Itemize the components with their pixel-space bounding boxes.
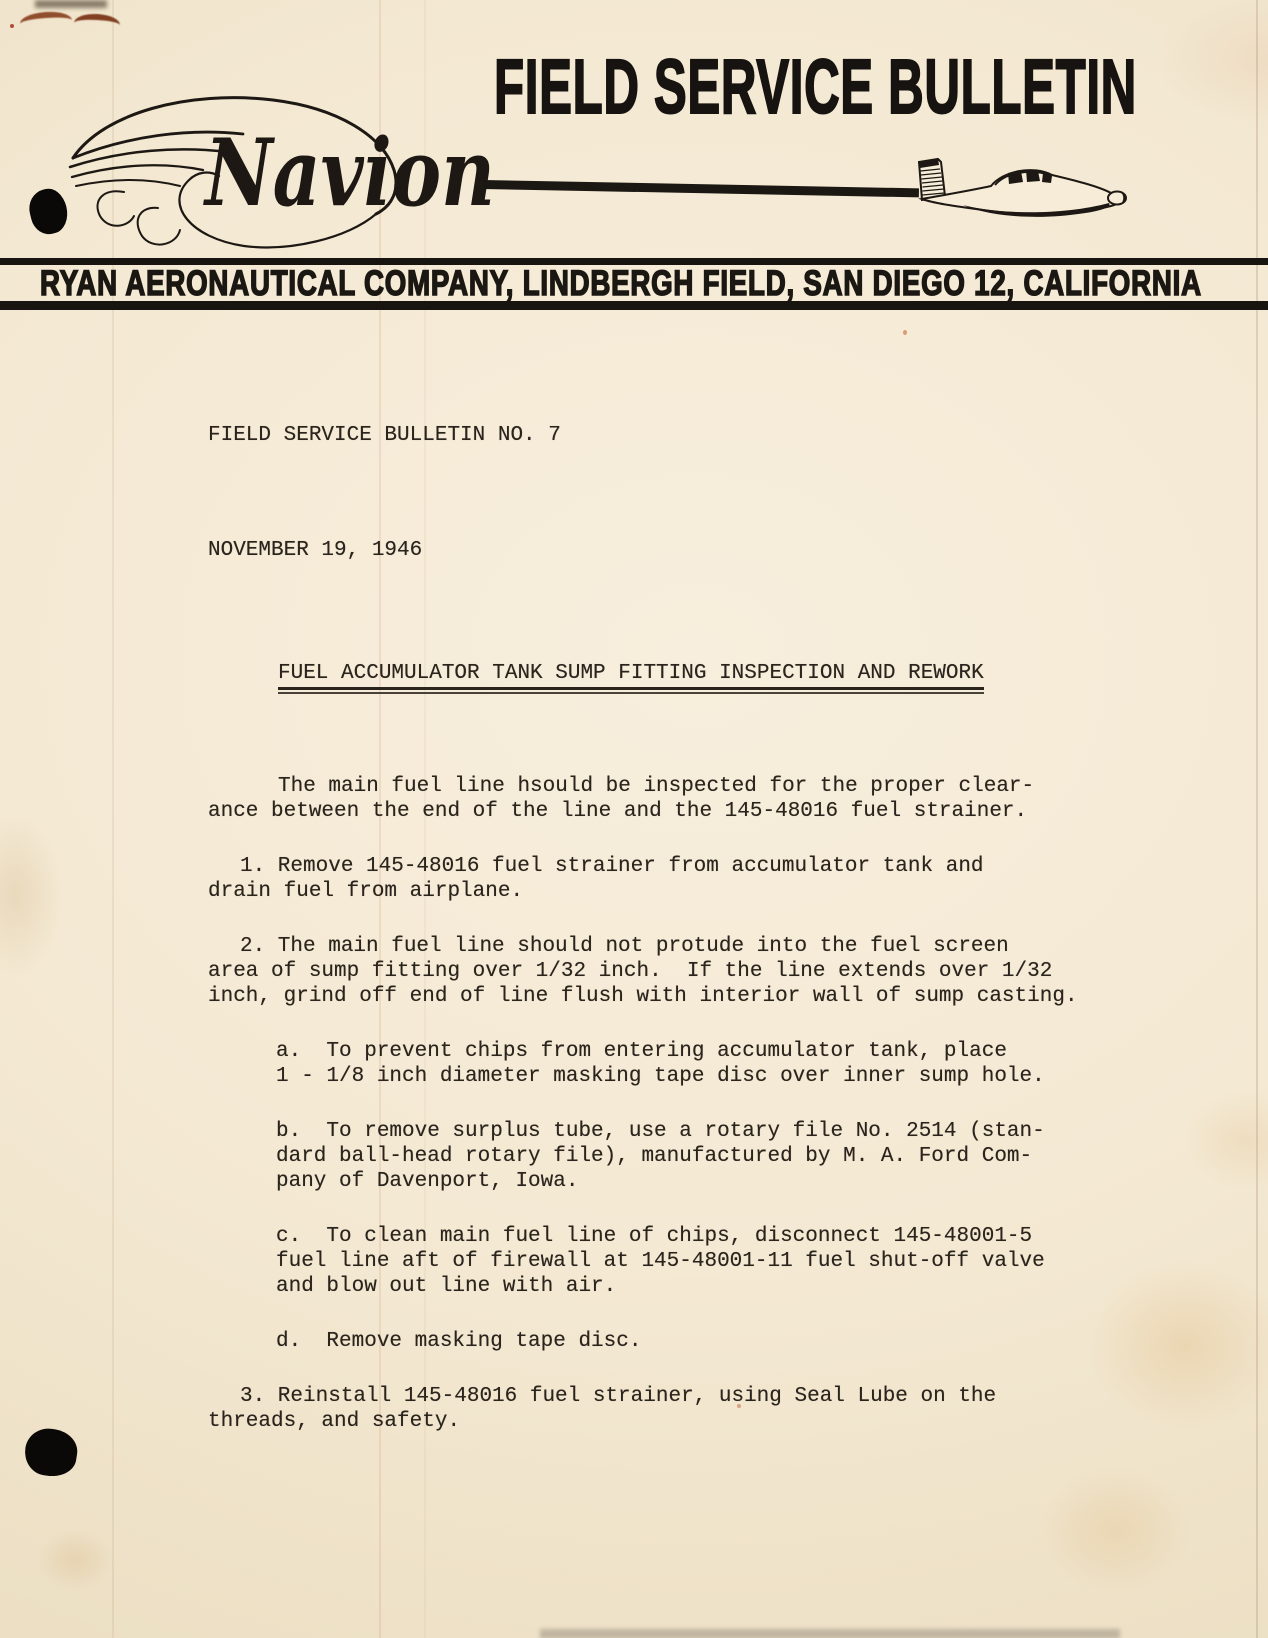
bulletin-date: NOVEMBER 19, 1946 bbox=[208, 538, 1218, 563]
navion-wing-logo-icon: Navion bbox=[28, 88, 498, 263]
navion-script: Navion bbox=[203, 118, 495, 227]
text-line: fuel line aft of firewall at 145-48001-1… bbox=[208, 1249, 1218, 1274]
text-line: b. To remove surplus tube, use a rotary … bbox=[208, 1119, 1218, 1144]
ink-speck bbox=[903, 330, 907, 335]
text-line: 1. Remove 145-48016 fuel strainer from a… bbox=[208, 854, 1218, 879]
document-body: FIELD SERVICE BULLETIN NO. 7 NOVEMBER 19… bbox=[208, 373, 1218, 1484]
text-line: 2. The main fuel line should not protude… bbox=[208, 934, 1218, 959]
text-line: inch, grind off end of line flush with i… bbox=[208, 984, 1218, 1009]
ink-speck bbox=[10, 24, 14, 28]
subject-text: FUEL ACCUMULATOR TANK SUMP FITTING INSPE… bbox=[278, 661, 984, 690]
paragraph: d. Remove masking tape disc. bbox=[208, 1329, 1218, 1354]
punch-hole-icon bbox=[22, 1425, 81, 1480]
paragraph: c. To clean main fuel line of chips, dis… bbox=[208, 1224, 1218, 1299]
subject-heading: FUEL ACCUMULATOR TANK SUMP FITTING INSPE… bbox=[208, 661, 1218, 694]
scanned-bulletin-page: FIELD SERVICE BULLETIN Navion bbox=[0, 0, 1268, 1638]
paragraph: 2. The main fuel line should not protude… bbox=[208, 934, 1218, 1009]
text-line: d. Remove masking tape disc. bbox=[208, 1329, 1218, 1354]
bottom-edge-smudge bbox=[540, 1629, 1120, 1638]
text-line: 1 - 1/8 inch diameter masking tape disc … bbox=[208, 1064, 1218, 1089]
paragraph: 3. Reinstall 145-48016 fuel strainer, us… bbox=[208, 1384, 1218, 1434]
paragraph: b. To remove surplus tube, use a rotary … bbox=[208, 1119, 1218, 1194]
text-line: area of sump fitting over 1/32 inch. If … bbox=[208, 959, 1218, 984]
text-line: threads, and safety. bbox=[208, 1409, 1218, 1434]
text-line: The main fuel line hsould be inspected f… bbox=[208, 774, 1218, 799]
text-line: dard ball-head rotary file), manufacture… bbox=[208, 1144, 1218, 1169]
text-line: ance between the end of the line and the… bbox=[208, 799, 1218, 824]
text-line: drain fuel from airplane. bbox=[208, 879, 1218, 904]
company-banner: RYAN AERONAUTICAL COMPANY, LINDBERGH FIE… bbox=[40, 266, 1202, 301]
banner-rule-bottom bbox=[0, 301, 1268, 310]
paper-edge-line bbox=[1256, 0, 1258, 1638]
bulletin-number: FIELD SERVICE BULLETIN NO. 7 bbox=[208, 423, 1218, 448]
airplane-icon bbox=[905, 152, 1140, 227]
top-edge-smudge bbox=[35, 0, 107, 8]
paragraph: 1. Remove 145-48016 fuel strainer from a… bbox=[208, 854, 1218, 904]
masthead-title: FIELD SERVICE BULLETIN bbox=[494, 49, 1137, 126]
body-paragraphs: The main fuel line hsould be inspected f… bbox=[208, 774, 1218, 1434]
text-line: 3. Reinstall 145-48016 fuel strainer, us… bbox=[208, 1384, 1218, 1409]
logo-underline-rule bbox=[483, 180, 919, 197]
paragraph: a. To prevent chips from entering accumu… bbox=[208, 1039, 1218, 1089]
text-line: pany of Davenport, Iowa. bbox=[208, 1169, 1218, 1194]
text-line: and blow out line with air. bbox=[208, 1274, 1218, 1299]
text-line: a. To prevent chips from entering accumu… bbox=[208, 1039, 1218, 1064]
text-line: c. To clean main fuel line of chips, dis… bbox=[208, 1224, 1218, 1249]
paragraph: The main fuel line hsould be inspected f… bbox=[208, 774, 1218, 824]
rust-stain bbox=[19, 10, 72, 34]
